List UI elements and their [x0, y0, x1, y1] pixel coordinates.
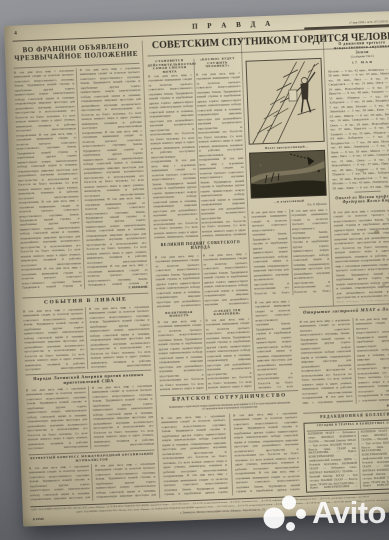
body-text-column: В эти дни весь мир с огромным вниманием … — [355, 316, 389, 404]
body-text-column: В эти дни весь мир с огромным вниманием … — [23, 307, 85, 371]
theatre-listings-box: СЕГОДНЯ В ТЕАТРАХ И КОНЦЕРТНЫХ ЗАЛАХ БОЛ… — [303, 419, 389, 493]
dark-cartoon-drawing — [250, 151, 327, 199]
cartoon-aggressive-image — [249, 150, 327, 199]
sputnik-times-column: Москва — 5 час. 42 мин., Ленинград — 5 ч… — [328, 67, 389, 190]
headline-france: ВО ФРАНЦИИ ОБЪЯВЛЕНО ЧРЕЗВЫЧАЙНОЕ ПОЛОЖЕ… — [13, 42, 140, 63]
column-rule — [91, 464, 93, 501]
body-text-column: В эти дни весь мир с огромным вниманием … — [155, 254, 201, 310]
body-text-column: В эти дни весь мир с огромным вниманием … — [196, 71, 246, 239]
body-text-column: В эти дни весь мир с огромным вниманием … — [157, 319, 204, 393]
body-text-column: В эти дни весь мир с огромным вниманием … — [26, 386, 88, 451]
subhead-kosmos: «КОСМОС БУДЕТ СЛУЖИТЬ ЧЕЛОВЕКУ» — [195, 57, 239, 69]
body-text-column: В эти дни весь мир с огромным вниманием … — [233, 411, 300, 495]
body-text-column: В эти дни весь мир с огромным вниманием … — [80, 66, 148, 286]
body-text-column: В эти дни весь мир с огромным вниманием … — [205, 317, 252, 391]
body-text-column: В эти дни весь мир с огромным вниманием … — [203, 252, 249, 308]
headline-sputnik-report: О движении третьего искусственного спутн… — [327, 40, 389, 55]
listings-column: БОЛЬШОЙ ТЕАТР — Лебединое озеро. ФИЛИАЛ … — [308, 431, 358, 491]
sputnik-report-date: 17 МАЯ — [328, 60, 389, 67]
page-number: 4 — [14, 32, 17, 37]
body-text-column: В эти дни весь мир с огромным вниманием … — [95, 462, 156, 501]
body-text-column: В эти дни весь мир с огромным вниманием … — [291, 208, 330, 295]
column-rule — [85, 307, 88, 369]
avito-logo-icon — [262, 493, 308, 533]
body-text-column: В эти дни весь мир с огромным вниманием … — [89, 305, 151, 369]
avito-watermark: Avito — [262, 493, 386, 533]
subhead-feat: ВЕЛИКИЙ ПОДВИГ СОВЕТСКОГО НАРОДА — [154, 240, 246, 252]
body-text-column: В эти дни весь мир с огромным вниманием … — [251, 209, 289, 296]
body-text-column: В эти дни весь мир с огромным вниманием … — [333, 208, 389, 303]
girder-worker-drawing — [247, 59, 325, 145]
rule — [355, 191, 381, 193]
newspaper-page: 4 П Р А В Д А 17 мая 1958 г. ● № 137 (14… — [4, 11, 389, 527]
cartoon-progressive-image — [246, 58, 325, 145]
body-text-column: В эти дни весь мир с огромным вниманием … — [14, 68, 82, 291]
column-rule — [88, 386, 91, 449]
body-text-column: В эти дни весь мир с огромным вниманием … — [29, 464, 90, 503]
body-text-column: В эти дни весь мир с огромным вниманием … — [255, 299, 293, 388]
print-code: Б 01510 — [33, 516, 44, 520]
body-text-column: В эти дни весь мир с огромным вниманием … — [148, 73, 198, 241]
body-text-column: В эти дни весь мир с огромным вниманием … — [161, 414, 228, 498]
avito-watermark-text: Avito — [312, 495, 386, 531]
body-text-column: В эти дни весь мир с огромным вниманием … — [299, 318, 352, 406]
listings-column: БОЛЬШОЙ ТЕАТР — Лебединое озеро. ФИЛИАЛ … — [361, 429, 389, 489]
headline-joliot-curie: Отъезд из Москвы профессора Фредерика Жо… — [333, 194, 389, 205]
avito-listing-photo: 4 П Р А В Д А 17 мая 1958 г. ● № 137 (14… — [0, 0, 389, 540]
signature-france: Г. РАТИАНИ. — [88, 285, 148, 291]
body-text-column: В эти дни весь мир с огромным вниманием … — [92, 384, 154, 449]
